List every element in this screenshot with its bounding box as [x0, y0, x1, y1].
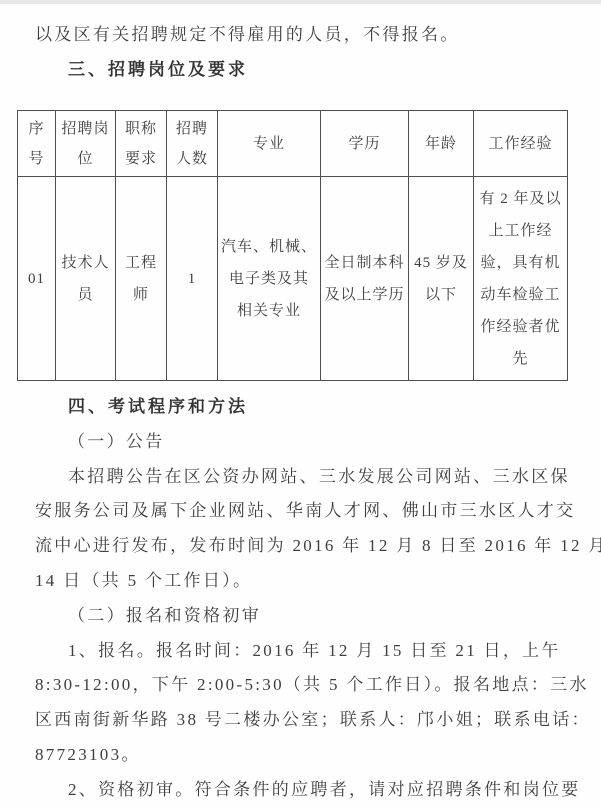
section-4-heading: 四、考试程序和方法 [35, 390, 580, 425]
table-header-row: 序 号 招聘岗 位 职称 要求 招聘 人数 专业 学历 年龄 工作经验 [18, 111, 568, 177]
paragraph-line: 安服务公司及属下企业网站、华南人才网、佛山市三水区人才交 [35, 494, 580, 529]
cell-experience: 有 2 年及以 上工作经 验，具有机 动车检验工 作经验者优 先 [474, 177, 568, 381]
header-cell-headcount: 招聘 人数 [167, 111, 218, 177]
paragraph-line: 8:30-12:00，下午 2:00-5:30（共 5 个工作日）。报名地点：三… [35, 668, 580, 703]
subsection-2-heading: （二）报名和资格初审 [35, 599, 580, 634]
cell-position: 技术人 员 [56, 177, 116, 381]
paragraph-line: 本招聘公告在区公资办网站、三水发展公司网站、三水区保 [35, 460, 580, 495]
cell-age: 45 岁及 以下 [409, 177, 474, 381]
section-3-heading: 三、招聘岗位及要求 [68, 55, 248, 80]
body-text: 四、考试程序和方法 （一）公告 本招聘公告在区公资办网站、三水发展公司网站、三水… [35, 390, 580, 808]
cell-education: 全日制本科 及以上学历 [321, 177, 409, 381]
paragraph-line: 2、资格初审。符合条件的应聘者，请对应招聘条件和岗位要 [35, 773, 580, 808]
paragraph-line: 流中心进行发布，发布时间为 2016 年 12 月 8 日至 2016 年 12… [35, 529, 580, 564]
header-cell-major: 专业 [218, 111, 321, 177]
paragraph-line: 87723103。 [35, 738, 580, 773]
header-cell-title-requirement: 职称 要求 [116, 111, 167, 177]
cell-major: 汽车、机械、 电子类及其 相关专业 [218, 177, 321, 381]
header-cell-age: 年龄 [409, 111, 474, 177]
paragraph-line: 区西南街新华路 38 号二楼办公室；联系人：邝小姐；联系电话： [35, 703, 580, 738]
header-cell-position: 招聘岗 位 [56, 111, 116, 177]
cell-headcount: 1 [167, 177, 218, 381]
header-cell-education: 学历 [321, 111, 409, 177]
document-page: 以及区有关招聘规定不得雇用的人员，不得报名。 三、招聘岗位及要求 序 号 招聘岗… [0, 0, 601, 810]
subsection-1-heading: （一）公告 [35, 425, 580, 460]
cell-title-requirement: 工程 师 [116, 177, 167, 381]
table-row: 01 技术人 员 工程 师 1 汽车、机械、 电子类及其 相关专业 全日制本科 … [18, 177, 568, 381]
scan-artifact-top [0, 0, 601, 4]
paragraph-line: 14 日（共 5 个工作日）。 [35, 564, 580, 599]
cell-seq: 01 [18, 177, 56, 381]
paragraph-line: 1、报名。报名时间：2016 年 12 月 15 日至 21 日，上午 [35, 634, 580, 669]
header-cell-experience: 工作经验 [474, 111, 568, 177]
header-cell-seq: 序 号 [18, 111, 56, 177]
recruitment-table: 序 号 招聘岗 位 职称 要求 招聘 人数 专业 学历 年龄 工作经验 01 技… [17, 110, 568, 381]
intro-line: 以及区有关招聘规定不得雇用的人员，不得报名。 [35, 20, 460, 45]
